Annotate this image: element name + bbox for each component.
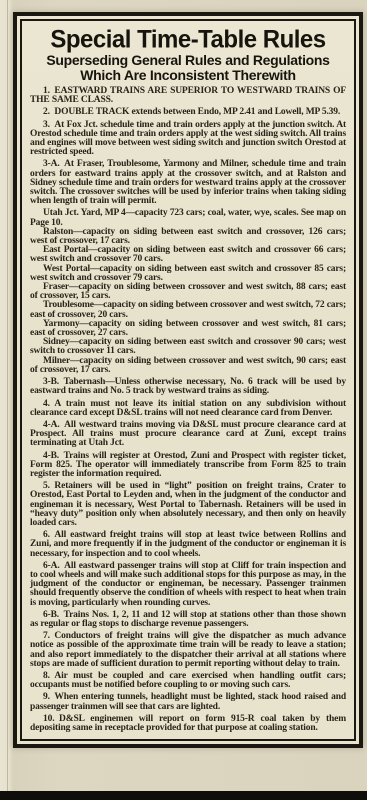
- rule-paragraph: Troublesome—capacity on siding between c…: [30, 301, 346, 319]
- card-inner-border: Special Time-Table Rules Superseding Gen…: [20, 19, 356, 741]
- rule-paragraph: 4-B. Trains will register at Orestod, Zu…: [30, 452, 346, 480]
- page-title: Special Time-Table Rules: [30, 27, 346, 53]
- rule-paragraph: 3. At Fox Jct. schedule time and train o…: [30, 121, 346, 158]
- timetable-photo: { "header": { "title": "Special Time-Tab…: [0, 0, 367, 800]
- rule-paragraph: 2. DOUBLE TRACK extends between Endo, MP…: [30, 108, 346, 117]
- rule-paragraph: 6-A. All eastward passenger trains will …: [30, 562, 346, 608]
- rule-paragraph: 8. Air must be coupled and care exercise…: [30, 672, 346, 690]
- rule-paragraph: East Portal—capacity on siding between e…: [30, 246, 346, 264]
- rule-paragraph: Milner—capacity on siding between crosso…: [30, 357, 346, 375]
- rule-paragraph: Yarmony—capacity on siding between cross…: [30, 320, 346, 338]
- rules-card: Special Time-Table Rules Superseding Gen…: [13, 12, 363, 748]
- subtitle-line-2: Which Are Inconsistent Therewith: [30, 68, 346, 83]
- rule-paragraph: 4-A. All westward trains moving via D&SL…: [30, 421, 346, 449]
- rule-paragraph: 3-B. Tabernash—Unless otherwise necessar…: [30, 378, 346, 396]
- rule-paragraph: Ralston—capacity on siding between east …: [30, 228, 346, 246]
- rule-paragraph: Fraser—capacity on siding between crosso…: [30, 283, 346, 301]
- rule-paragraph: 7. Conductors of freight trains will giv…: [30, 632, 346, 669]
- bottom-fold-band: [0, 791, 367, 800]
- rule-paragraph: West Portal—capacity on siding between e…: [30, 265, 346, 283]
- rules-list: 1. EASTWARD TRAINS ARE SUPERIOR TO WESTW…: [30, 87, 346, 733]
- rule-paragraph: 6. All eastward freight trains will stop…: [30, 531, 346, 559]
- page-fold-crease: [7, 0, 8, 800]
- rule-paragraph: 4. A train must not leave its initial st…: [30, 400, 346, 418]
- rule-paragraph: Utah Jct. Yard, MP 4—capacity 723 cars; …: [30, 209, 346, 227]
- rule-paragraph: 1. EASTWARD TRAINS ARE SUPERIOR TO WESTW…: [30, 87, 346, 105]
- rule-paragraph: 9. When entering tunnels, headlight must…: [30, 693, 346, 711]
- rule-paragraph: 3-A. At Fraser, Troublesome, Yarmony and…: [30, 160, 346, 206]
- rule-paragraph: Sidney—capacity on siding between east s…: [30, 338, 346, 356]
- rule-paragraph: 6-B. Trains Nos. 1, 2, 11 and 12 will st…: [30, 611, 346, 629]
- rule-paragraph: 10. D&SL enginemen will report on form 9…: [30, 715, 346, 733]
- rule-paragraph: 5. Retainers will be used in “light” pos…: [30, 482, 346, 528]
- subtitle-line-1: Superseding General Rules and Regulation…: [30, 53, 346, 68]
